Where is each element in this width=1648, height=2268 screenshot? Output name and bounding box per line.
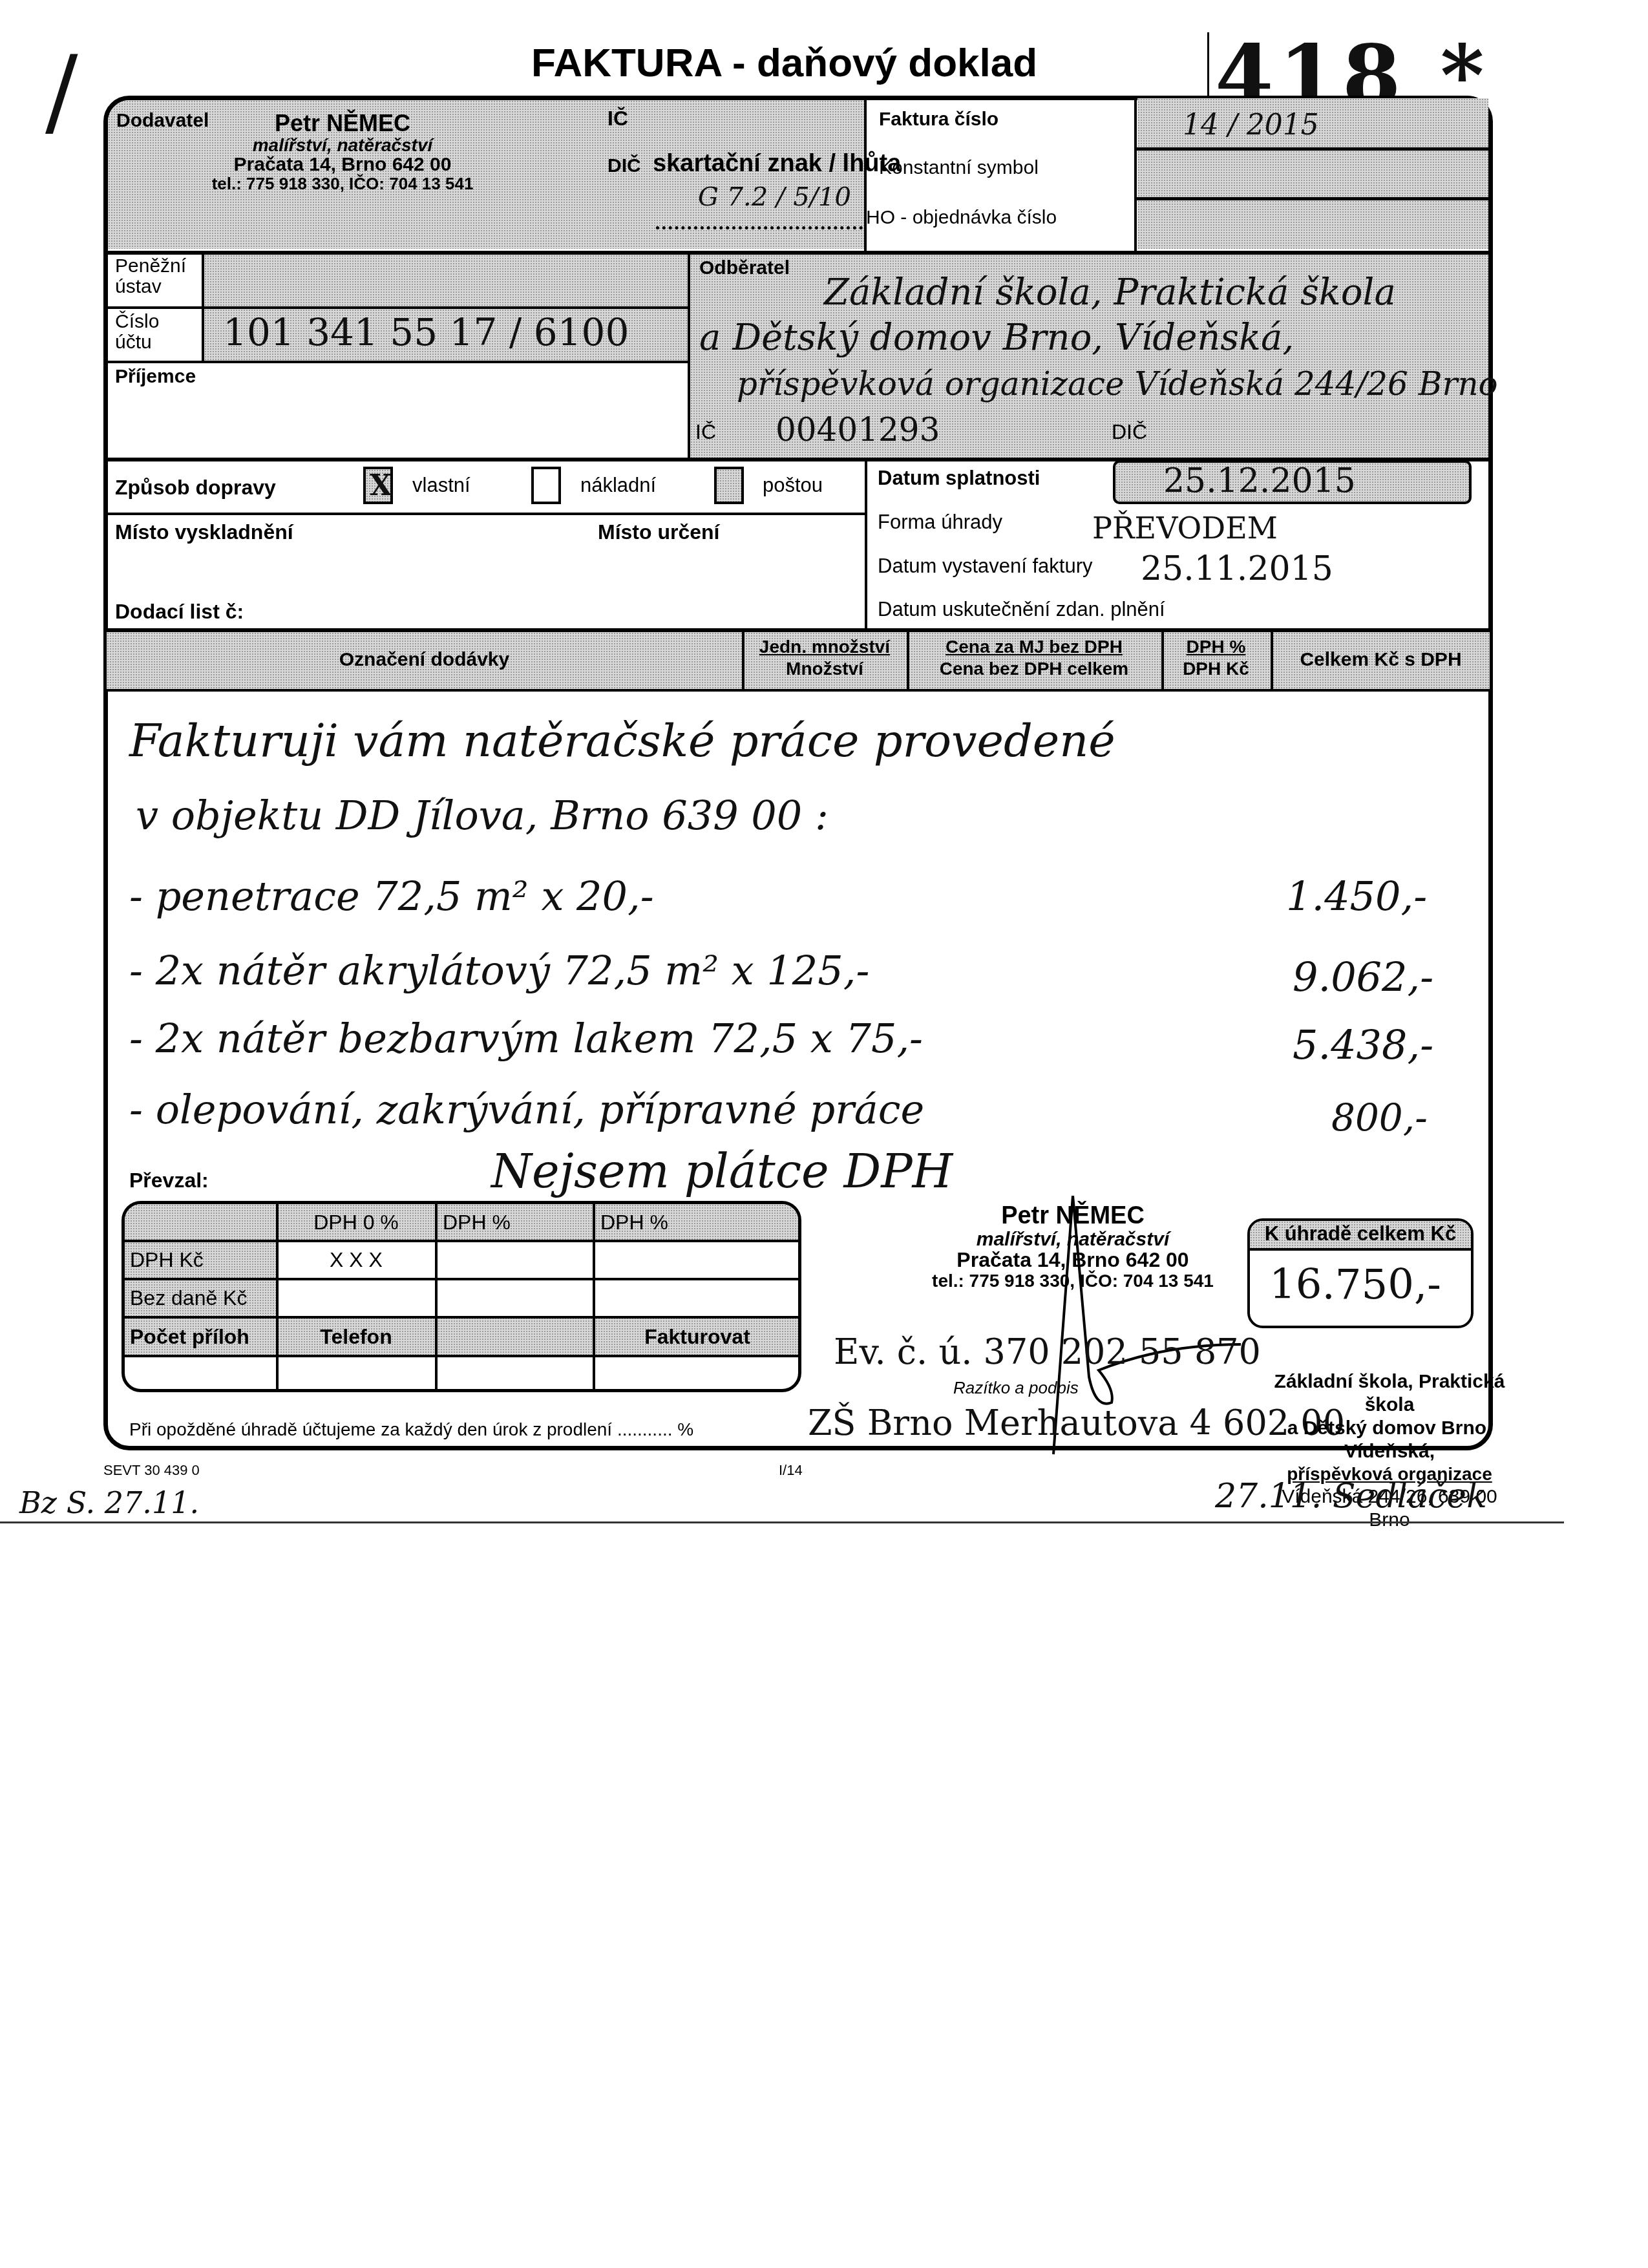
scan-edge-line — [0, 1521, 1564, 1523]
supplier-stamp: Petr NĚMEC malířství, natěračství Pračat… — [207, 111, 478, 193]
invoice-number-label: Faktura číslo — [879, 109, 998, 131]
order-number-field[interactable] — [1137, 200, 1488, 249]
account-label: Číslo účtu — [115, 312, 193, 352]
total-label: K úhradě celkem Kč — [1250, 1222, 1471, 1245]
transport-option-own: vlastní — [412, 474, 470, 497]
items-header-description: Označení dodávky — [107, 649, 742, 671]
initials-note: Bz S. 27.11. — [19, 1485, 199, 1520]
items-header-unit: Jedn. množstvíMnožství — [743, 636, 906, 679]
customer-stamp-line-2: a Dětský domov Brno, Vídeňská, — [1260, 1417, 1519, 1463]
item-4-amount: 800,- — [1331, 1096, 1428, 1139]
invoice-number-value: 14 / 2015 — [1183, 109, 1319, 142]
supplier-dic-label: DIČ — [607, 155, 641, 177]
order-number-label: HO - objednávka číslo — [866, 207, 1057, 229]
destination-label: Místo určení — [598, 520, 719, 544]
bank-field[interactable] — [204, 255, 688, 306]
form-code: SEVT 30 439 0 — [103, 1462, 200, 1479]
supplier-ic-label: IČ — [607, 107, 628, 131]
account-value: 101 341 55 17 / 6100 — [223, 310, 629, 354]
transport-label: Způsob dopravy — [115, 476, 276, 500]
vat-header-2: DPH % — [600, 1211, 794, 1235]
checkbox-x-mark: X — [370, 469, 392, 502]
issue-date-value: 25.11.2015 — [1141, 549, 1333, 588]
vat-header-0: DPH 0 % — [277, 1211, 435, 1235]
dispatch-place-label: Místo vyskladnění — [115, 520, 293, 544]
payment-form-value: PŘEVODEM — [1092, 511, 1278, 546]
item-3-text: - 2x nátěr bezbarvým lakem 72,5 x 75,- — [129, 1015, 923, 1062]
transport-checkbox-freight[interactable] — [531, 467, 561, 504]
customer-ic-value: 00401293 — [776, 411, 940, 449]
items-header-unit-bottom: Množství — [743, 658, 906, 680]
customer-line-3: příspěvková organizace Vídeňská 244/26 B… — [737, 365, 1498, 403]
late-payment-note: Při opožděné úhradě účtujeme za každý de… — [129, 1419, 693, 1440]
due-date-label: Datum splatnosti — [878, 467, 1040, 490]
customer-line-1: Základní škola, Praktická škola — [824, 271, 1396, 313]
transport-option-freight: nákladní — [580, 474, 656, 497]
item-1-text: - penetrace 72,5 m² x 20,- — [129, 873, 654, 920]
total-box: K úhradě celkem Kč 16.750,- — [1247, 1218, 1474, 1328]
form-version: I/14 — [779, 1462, 803, 1479]
delivery-note-label: Dodací list č: — [115, 600, 244, 624]
items-header-unit-top: Jedn. množství — [743, 636, 906, 658]
document-title: FAKTURA - daňový doklad — [531, 40, 1037, 86]
items-header-price: Cena za MJ bez DPHCena bez DPH celkem — [908, 636, 1160, 679]
vat-header-1: DPH % — [443, 1211, 585, 1235]
vat-summary-table: DPH 0 % DPH % DPH % DPH Kč X X X Bez dan… — [121, 1201, 801, 1392]
taxable-date-label: Datum uskutečnění zdan. plnění — [878, 598, 1165, 621]
due-date-value: 25.12.2015 — [1163, 461, 1356, 500]
transport-checkbox-post[interactable] — [714, 467, 744, 504]
vat-note: Nejsem plátce DPH — [491, 1144, 953, 1198]
payment-form-label: Forma úhrady — [878, 511, 1002, 534]
customer-dic-label: DIČ — [1112, 420, 1147, 444]
customer-line-2: a Dětský domov Brno, Vídeňská, — [699, 317, 1294, 359]
supplier-name: Petr NĚMEC — [207, 111, 478, 136]
filing-value: G 7.2 / 5/10 — [698, 182, 851, 212]
items-header-price-top: Cena za MJ bez DPH — [908, 636, 1160, 658]
constant-symbol-label: Konstantní symbol — [879, 157, 1039, 179]
receipt-signature: 27.11. Sedláček — [1215, 1477, 1487, 1516]
bank-note-line-1: Ev. č. ú. 370 202 55 870 — [834, 1331, 1261, 1372]
customer-ic-label: IČ — [695, 420, 716, 444]
attachments-label: Počet příloh — [130, 1325, 249, 1349]
items-intro-line-2: v objektu DD Jílova, Brno 639 00 : — [136, 792, 829, 839]
items-intro-line-1: Fakturuji vám natěračské práce provedené — [129, 714, 1115, 767]
vat-row-label-vat: DPH Kč — [130, 1248, 204, 1272]
item-2-amount: 9.062,- — [1293, 953, 1433, 1001]
item-4-text: - olepování, zakrývání, přípravné práce — [129, 1086, 924, 1133]
recipient-label: Příjemce — [115, 366, 196, 388]
vat-row-vat-cell-0: X X X — [277, 1248, 435, 1272]
constant-symbol-field[interactable] — [1137, 151, 1488, 197]
supplier-contact: tel.: 775 918 330, IČO: 704 13 541 — [207, 175, 478, 193]
filing-dotted-line — [656, 226, 863, 229]
item-1-amount: 1.450,- — [1286, 873, 1427, 920]
phone-label: Telefon — [277, 1325, 435, 1349]
received-label: Převzal: — [129, 1169, 209, 1192]
issue-date-label: Datum vystavení faktury — [878, 555, 1093, 578]
items-header-vat: DPH %DPH Kč — [1163, 636, 1269, 679]
supplier-address: Pračata 14, Brno 642 00 — [207, 154, 478, 175]
vat-row-label-base: Bez daně Kč — [130, 1286, 247, 1310]
total-value: 16.750,- — [1269, 1261, 1441, 1309]
items-header-vat-bottom: DPH Kč — [1163, 658, 1269, 680]
invoice-to-label: Fakturovat — [594, 1325, 801, 1349]
supplier-label: Dodavatel — [116, 110, 209, 132]
item-2-text: - 2x nátěr akrylátový 72,5 m² x 125,- — [129, 947, 869, 994]
customer-label: Odběratel — [699, 257, 790, 279]
transport-checkbox-own[interactable]: X — [363, 467, 393, 504]
items-header-vat-top: DPH % — [1163, 636, 1269, 658]
margin-mark: / — [45, 36, 78, 148]
transport-option-post: poštou — [763, 474, 823, 497]
supplier-trade: malířství, natěračství — [207, 136, 478, 154]
item-3-amount: 5.438,- — [1293, 1021, 1433, 1068]
items-header-price-bottom: Cena bez DPH celkem — [908, 658, 1160, 680]
bank-label: Peněžní ústav — [115, 256, 193, 297]
stamp-caption: Razítko a podpis — [953, 1378, 1079, 1398]
items-header-total: Celkem Kč s DPH — [1272, 649, 1490, 671]
customer-stamp-line-1: Základní škola, Praktická škola — [1260, 1370, 1519, 1417]
